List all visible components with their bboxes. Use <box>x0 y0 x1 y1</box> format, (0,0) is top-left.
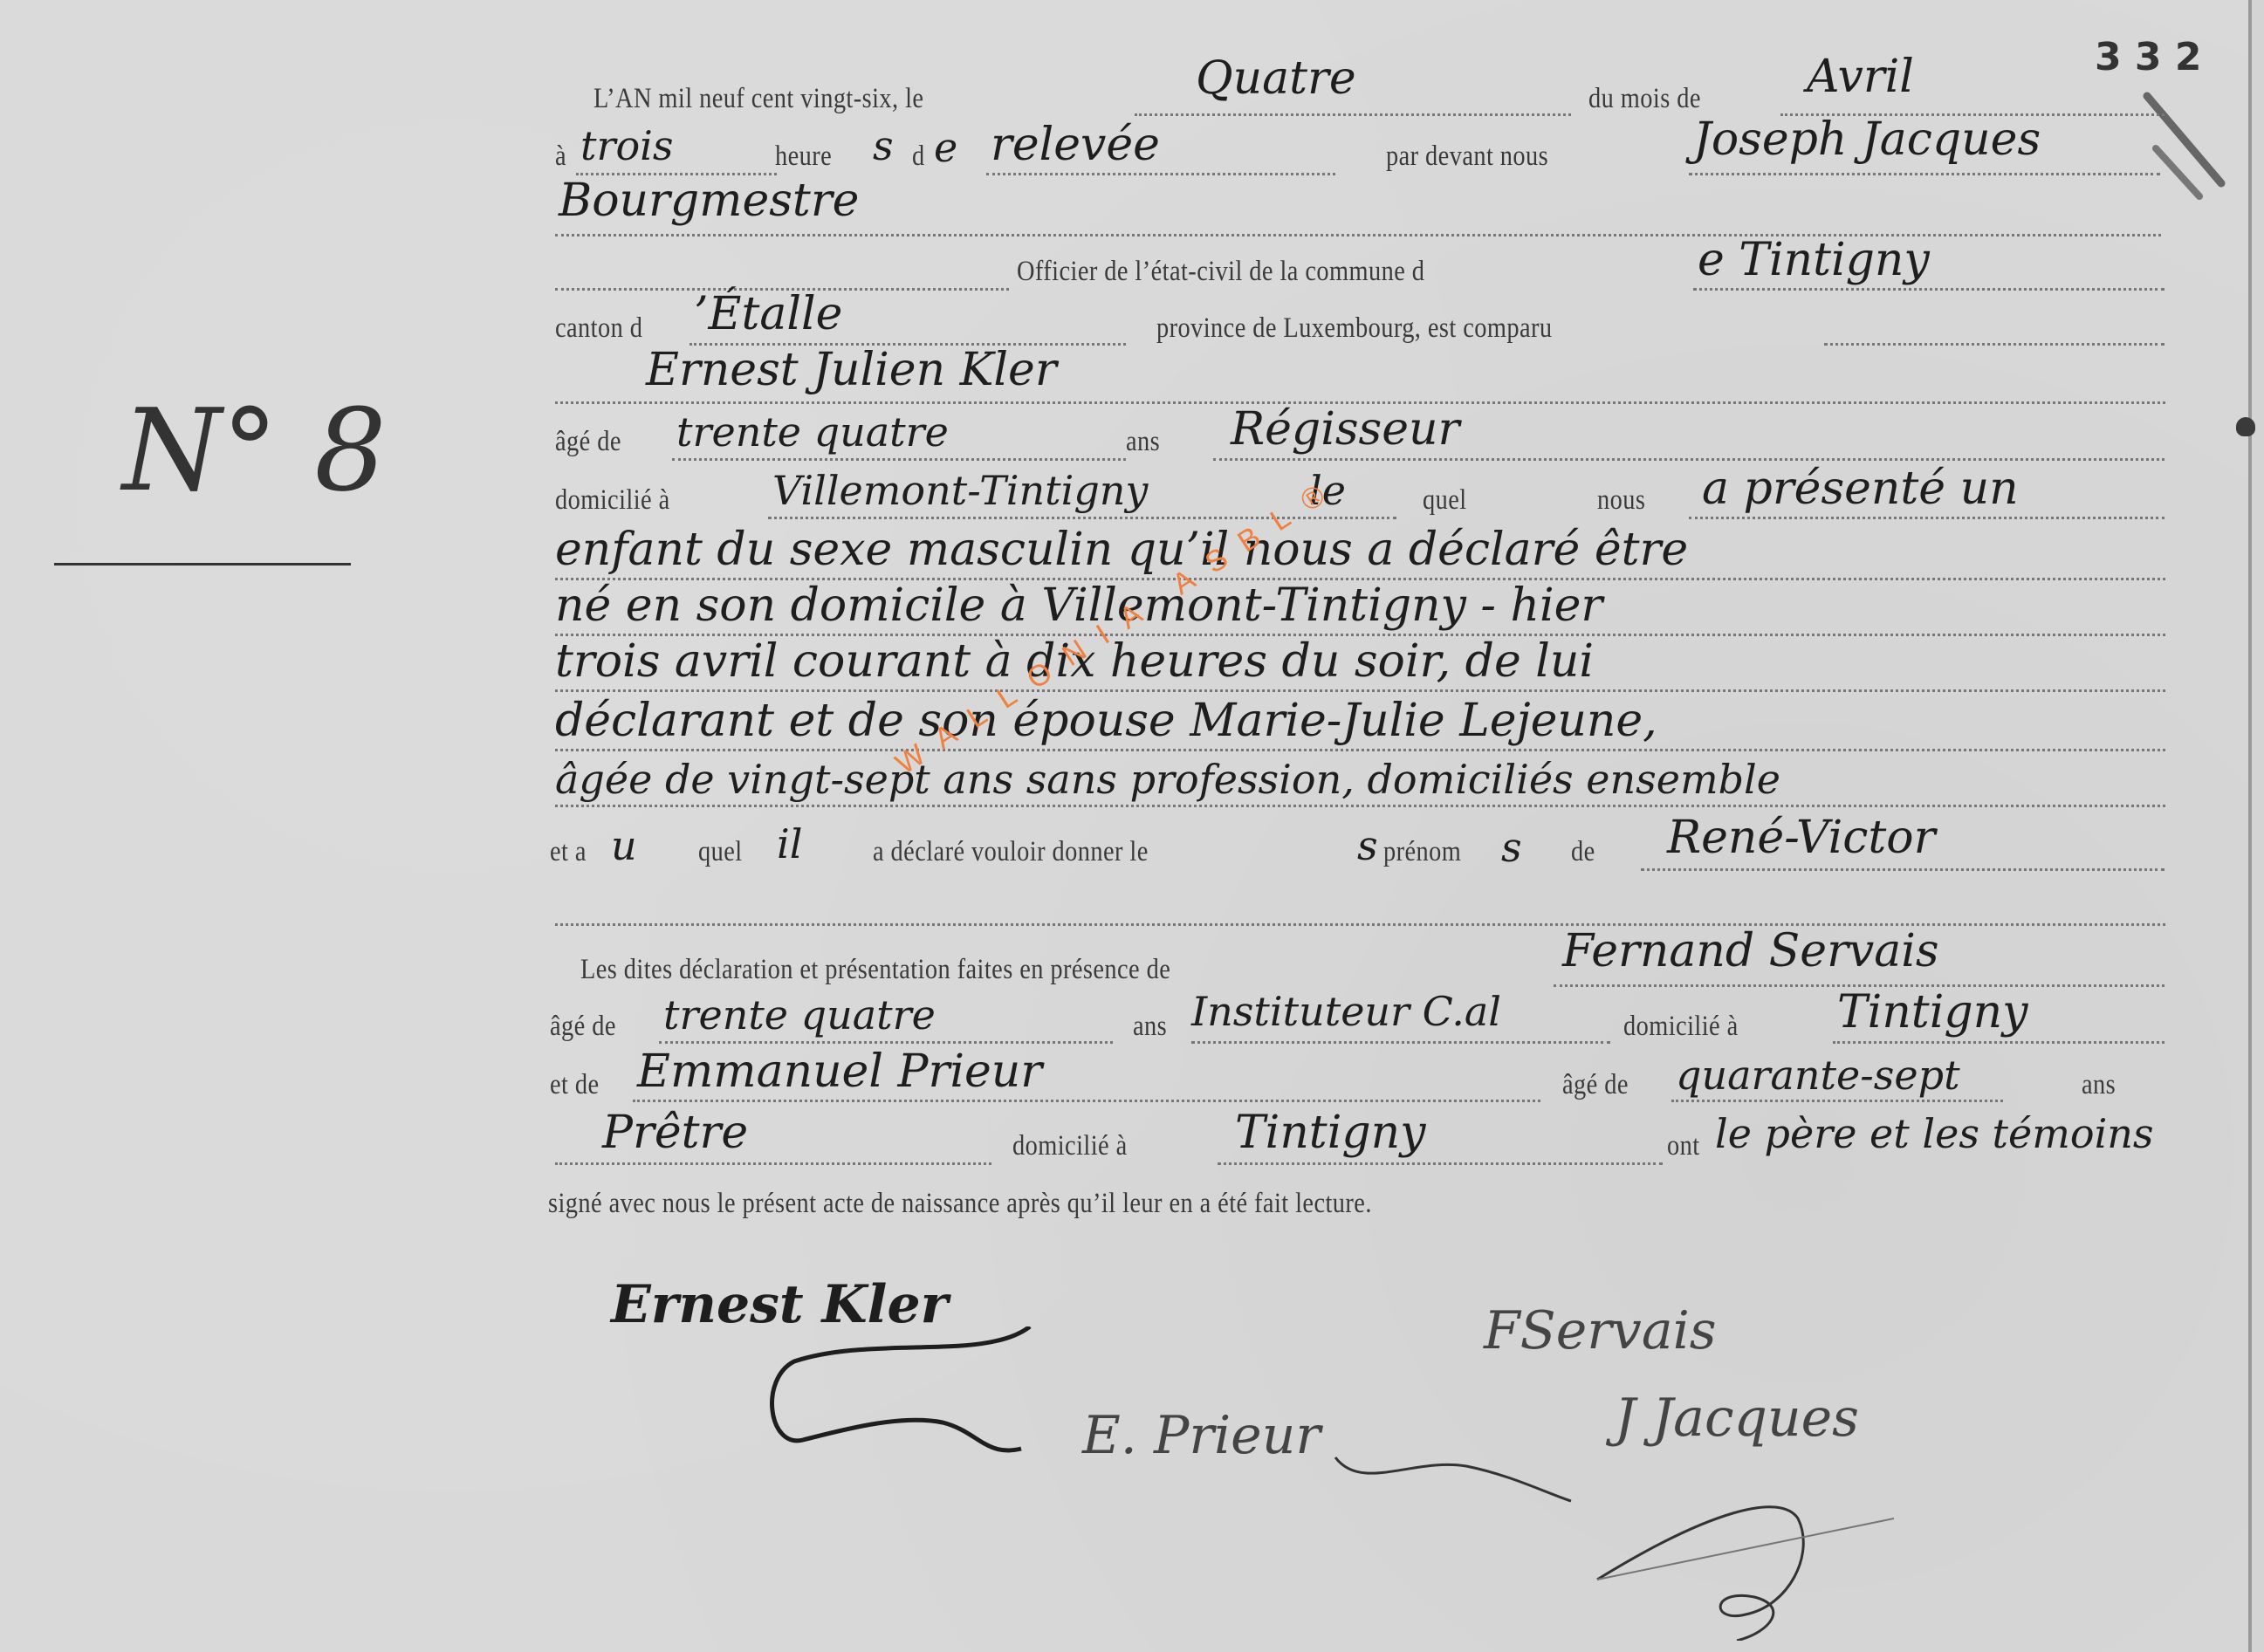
line-d: d <box>912 138 927 173</box>
line-quel-2: quel <box>698 833 750 868</box>
line-witness2: et de <box>550 1066 607 1101</box>
signature-officer: J Jacques <box>1615 1388 1859 1449</box>
printed-text: et a <box>550 836 587 868</box>
line-witness2-age: âgé de <box>1562 1066 1639 1101</box>
handwritten-month: Avril <box>1807 51 1914 103</box>
printed-text: Officier de l’état-civil de la commune d <box>1017 256 1424 288</box>
signature-witness2: E. Prieur <box>1082 1405 1321 1466</box>
line-ans-2: ans <box>1133 1008 1173 1043</box>
line-ans: ans <box>1126 423 1166 458</box>
handwritten-s: s <box>873 122 894 169</box>
handwritten-age: trente quatre <box>676 408 949 456</box>
line-domicilie-3: domicilié à <box>1012 1128 1146 1162</box>
fill-line <box>672 458 1126 461</box>
corner-mark: 3 3 2 <box>2095 35 2201 79</box>
line-closing: signé avec nous le présent acte de naiss… <box>548 1185 1506 1220</box>
printed-text: heure <box>775 141 832 173</box>
fill-line <box>555 689 2165 692</box>
handwritten-signers: le père et les témoins <box>1715 1110 2154 1157</box>
signature-witness1: FServais <box>1484 1300 1717 1361</box>
handwritten-time-of-day: relevée <box>991 119 1160 171</box>
printed-text: quel <box>698 836 743 868</box>
printed-text: à <box>555 141 566 173</box>
fill-line <box>1218 1162 1663 1165</box>
printed-text: canton d <box>555 312 642 345</box>
printed-text: L’AN mil neuf cent vingt-six, le <box>593 83 923 115</box>
fill-line <box>1213 458 2165 461</box>
handwritten-officer-title: Bourgmestre <box>559 175 859 227</box>
handwritten-declarant-name: Ernest Julien Kler <box>646 344 1057 396</box>
fill-line <box>555 749 2165 751</box>
handwritten-witness2-age: quarante-sept <box>1676 1052 1960 1099</box>
line-et-au: et a <box>550 833 593 868</box>
handwritten-given-names: René-Victor <box>1667 812 1935 864</box>
handwritten-s: s <box>1501 824 1522 871</box>
line-prenom: prénom <box>1383 833 1474 868</box>
handwritten-witness1-domicile: Tintigny <box>1837 986 2028 1038</box>
fill-line <box>555 1162 991 1165</box>
printed-text: ans <box>2082 1069 2116 1101</box>
line-witness1-age: âgé de <box>550 1008 627 1043</box>
handwritten-body-line: né en son domicile à Villemont-Tintigny … <box>555 579 1602 632</box>
handwritten-body-line: âgée de vingt-sept ans sans profession, … <box>555 756 1780 803</box>
signature-flourish-icon <box>1327 1440 1588 1510</box>
handwritten-day: Quatre <box>1196 52 1356 105</box>
ink-scribble-icon <box>2138 87 2243 201</box>
printed-text: ans <box>1133 1011 1167 1043</box>
handwritten-witness2-domicile: Tintigny <box>1235 1107 1426 1159</box>
line-quel: quel <box>1423 482 1474 517</box>
line-ans-3: ans <box>2082 1066 2122 1101</box>
printed-text: signé avec nous le présent acte de naiss… <box>548 1188 1372 1220</box>
handwritten-hour: trois <box>580 122 674 169</box>
line-ont: ont <box>1667 1128 1705 1162</box>
handwritten-body-line: enfant du sexe masculin qu’il nous a déc… <box>555 524 1688 576</box>
line-declare: a déclaré vouloir donner le <box>873 833 1193 868</box>
fill-line <box>659 1041 1113 1044</box>
handwritten-witness2-profession: Prêtre <box>602 1107 748 1159</box>
fill-line <box>1824 343 2165 346</box>
handwritten-witness2: Emmanuel Prieur <box>637 1045 1042 1098</box>
binding-hole <box>2236 417 2255 436</box>
printed-text: de <box>1571 836 1595 868</box>
handwritten-commune: e Tintigny <box>1698 234 1930 286</box>
printed-text: âgé de <box>550 1011 616 1043</box>
handwritten-witness1-profession: Instituteur C.al <box>1191 988 1501 1035</box>
record-number: N° 8 <box>122 384 387 517</box>
printed-text: domicilié à <box>1623 1011 1739 1043</box>
printed-text: du mois de <box>1588 83 1701 115</box>
fill-line <box>1671 1100 2003 1102</box>
signature-flourish-icon <box>768 1326 1047 1466</box>
line-par-devant: par devant nous <box>1386 138 1575 173</box>
handwritten-domicile: Villemont-Tintigny <box>772 467 1148 514</box>
fill-line <box>1191 1041 1610 1044</box>
handwritten-il: il <box>777 820 802 867</box>
printed-text: domicilié à <box>555 484 670 517</box>
printed-text: province de Luxembourg, est comparu <box>1156 312 1553 345</box>
line-month-label: du mois de <box>1588 80 1719 115</box>
fill-line <box>1689 517 2165 519</box>
line-officier: Officier de l’état-civil de la commune d <box>1017 253 1492 288</box>
line-hour: à <box>555 138 568 173</box>
handwritten-s: s <box>1357 822 1378 869</box>
printed-text: âgé de <box>555 426 621 458</box>
printed-text: Les dites déclaration et présentation fa… <box>580 954 1170 986</box>
line-date: L’AN mil neuf cent vingt-six, le <box>593 80 978 115</box>
printed-text: ans <box>1126 426 1160 458</box>
handwritten-officer-name: Joseph Jacques <box>1693 113 2041 166</box>
printed-text: quel <box>1423 484 1467 517</box>
fill-line <box>1135 113 1571 116</box>
printed-text: domicilié à <box>1012 1130 1128 1162</box>
fill-line <box>1833 1041 2165 1044</box>
handwritten-profession: Régisseur <box>1231 403 1459 456</box>
fill-line <box>1689 173 2160 175</box>
handwritten-canton: ’Étalle <box>694 288 842 340</box>
line-domicile: domicilié à <box>555 482 689 517</box>
printed-text: nous <box>1597 484 1645 517</box>
fill-line <box>986 173 1335 175</box>
handwritten-u: u <box>611 822 637 869</box>
line-heure: heure <box>775 138 841 173</box>
handwritten-presented: a présenté un <box>1702 463 2019 515</box>
handwritten-witness1-age: trente quatre <box>663 991 936 1038</box>
fill-line <box>633 1100 1540 1102</box>
line-domicilie-2: domicilié à <box>1623 1008 1757 1043</box>
line-witnesses-intro: Les dites déclaration et présentation fa… <box>580 951 1266 986</box>
fill-line <box>1641 868 2165 871</box>
adjacent-page <box>2252 0 2264 1652</box>
printed-text: a déclaré vouloir donner le <box>873 836 1149 868</box>
printed-text: prénom <box>1383 836 1461 868</box>
handwritten-witness1: Fernand Servais <box>1562 925 1939 977</box>
line-canton: canton d <box>555 310 657 345</box>
handwritten-body-line: déclarant et de son épouse Marie-Julie L… <box>555 695 1657 747</box>
line-age: âgé de <box>555 423 632 458</box>
handwritten-e: e <box>934 124 957 171</box>
fill-line <box>555 805 2165 807</box>
printed-text: d <box>912 141 925 173</box>
printed-text: âgé de <box>1562 1069 1629 1101</box>
printed-text: ont <box>1667 1130 1700 1162</box>
line-de: de <box>1571 833 1599 868</box>
line-nous: nous <box>1597 482 1653 517</box>
printed-text: par devant nous <box>1386 141 1548 173</box>
margin-rule <box>54 563 351 566</box>
printed-text: et de <box>550 1069 600 1101</box>
signature-flourish-icon <box>1580 1484 1946 1641</box>
fill-line <box>1693 288 2165 291</box>
line-province: province de Luxembourg, est comparu <box>1156 310 1616 345</box>
